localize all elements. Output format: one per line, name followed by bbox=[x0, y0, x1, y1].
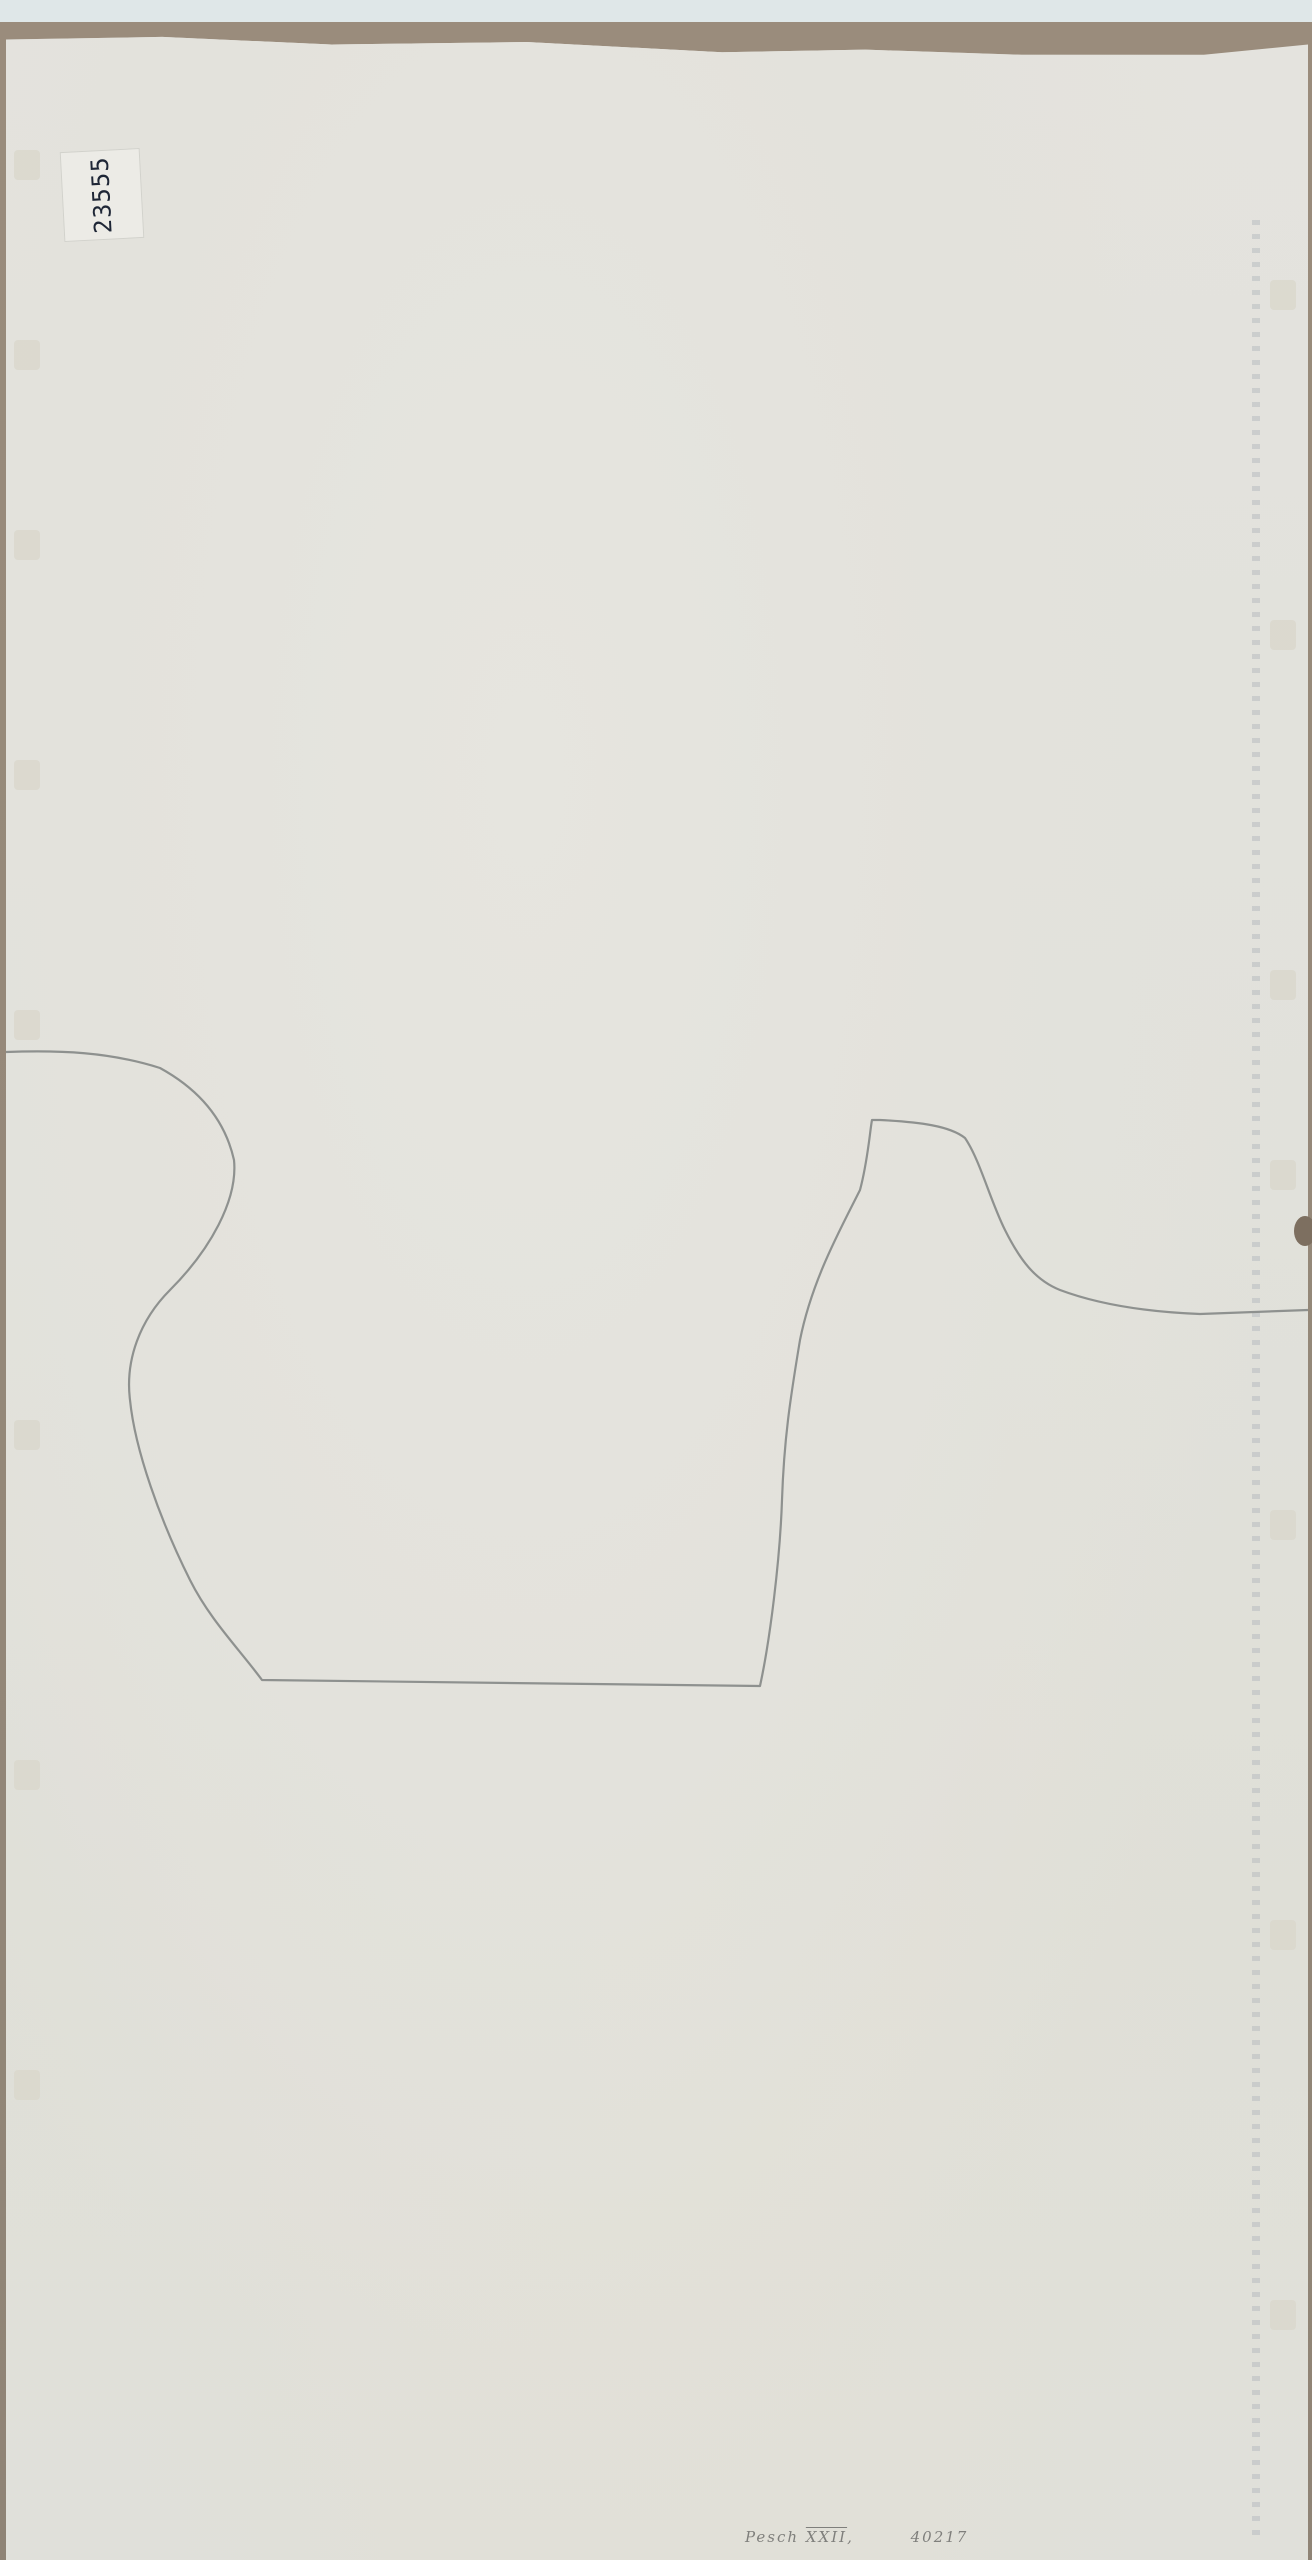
catalog-number: 23555 bbox=[86, 156, 118, 235]
pencil-inscription: Pesch XXII, 40217 bbox=[745, 2528, 968, 2546]
inscription-number: 40217 bbox=[911, 2528, 969, 2546]
torn-crack-lines bbox=[0, 0, 1312, 2560]
inscription-roman: XXII bbox=[806, 2528, 847, 2546]
inscription-text: Pesch bbox=[745, 2528, 799, 2546]
catalog-number-sticker: 23555 bbox=[60, 148, 145, 242]
inscription-separator: , bbox=[847, 2528, 854, 2546]
